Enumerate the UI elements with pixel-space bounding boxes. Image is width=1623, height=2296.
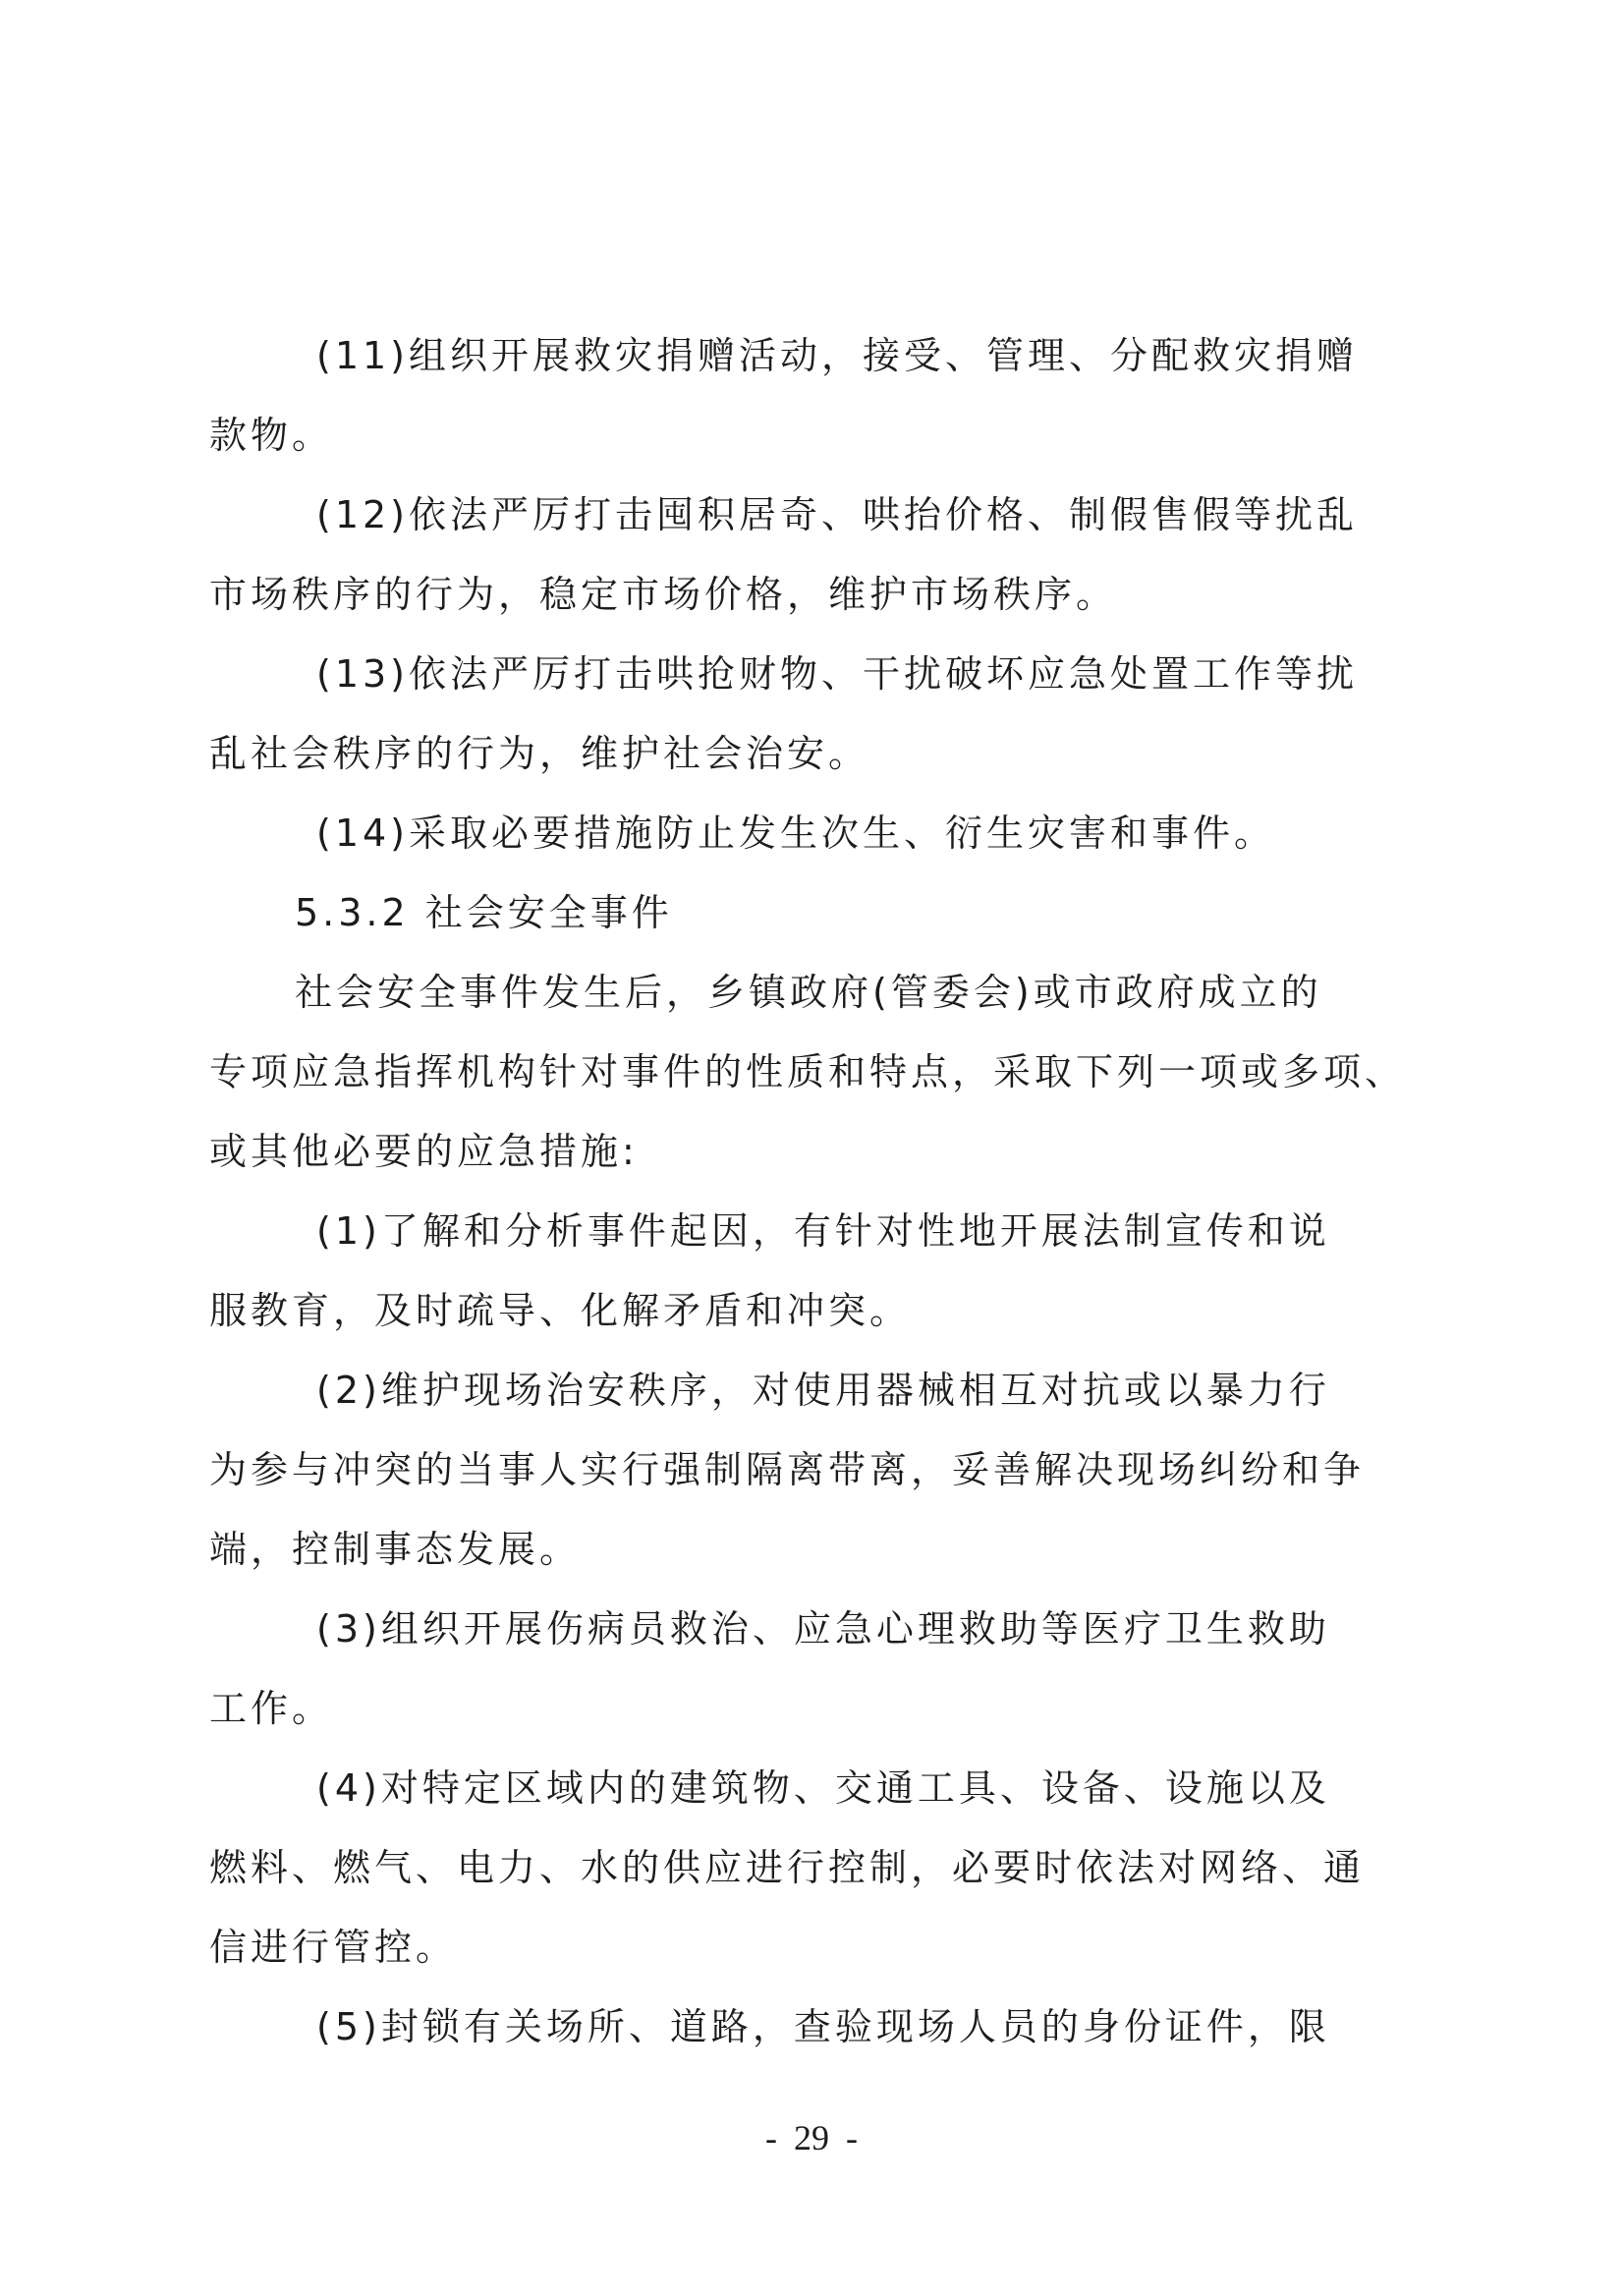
paragraph-line: 为参与冲突的当事人实行强制隔离带离，妥善解决现场纠纷和争	[209, 1430, 1447, 1510]
paragraph-line: 服教育，及时疏导、化解矛盾和冲突。	[209, 1271, 1447, 1351]
paragraph-line: (11)组织开展救灾捐赠活动，接受、管理、分配救灾捐赠	[316, 316, 1554, 396]
paragraph-line: 乱社会秩序的行为，维护社会治安。	[209, 714, 1447, 794]
paragraph-line: 或其他必要的应急措施:	[209, 1112, 1447, 1192]
section-heading: 5.3.2 社会安全事件	[295, 873, 1533, 953]
paragraph-line: (12)依法严厉打击囤积居奇、哄抬价格、制假售假等扰乱	[316, 476, 1554, 555]
paragraph-line: (2)维护现场治安秩序，对使用器械相互对抗或以暴力行	[316, 1351, 1554, 1430]
paragraph-line: 市场秩序的行为，稳定市场价格，维护市场秩序。	[209, 555, 1447, 635]
paragraph-line: 社会安全事件发生后，乡镇政府(管委会)或市政府成立的	[295, 953, 1533, 1033]
paragraph-line: 信进行管控。	[209, 1908, 1447, 1988]
paragraph-line: 款物。	[209, 396, 1447, 476]
paragraph-line: (1)了解和分析事件起因，有针对性地开展法制宣传和说	[316, 1192, 1554, 1271]
paragraph-line: 燃料、燃气、电力、水的供应进行控制，必要时依法对网络、通	[209, 1828, 1447, 1908]
page-number: - 29 -	[0, 2117, 1623, 2158]
paragraph-line: (14)采取必要措施防止发生次生、衍生灾害和事件。	[316, 794, 1554, 873]
paragraph-line: 工作。	[209, 1669, 1447, 1749]
paragraph-line: 专项应急指挥机构针对事件的性质和特点，采取下列一项或多项、	[209, 1033, 1447, 1112]
paragraph-line: 端，控制事态发展。	[209, 1510, 1447, 1590]
paragraph-line: (4)对特定区域内的建筑物、交通工具、设备、设施以及	[316, 1749, 1554, 1828]
paragraph-line: (13)依法严厉打击哄抢财物、干扰破坏应急处置工作等扰	[316, 635, 1554, 714]
paragraph-line: (5)封锁有关场所、道路，查验现场人员的身份证件，限	[316, 1988, 1554, 2067]
paragraph-line: (3)组织开展伤病员救治、应急心理救助等医疗卫生救助	[316, 1590, 1554, 1669]
document-page: (11)组织开展救灾捐赠活动，接受、管理、分配救灾捐赠 款物。 (12)依法严厉…	[0, 0, 1623, 2296]
